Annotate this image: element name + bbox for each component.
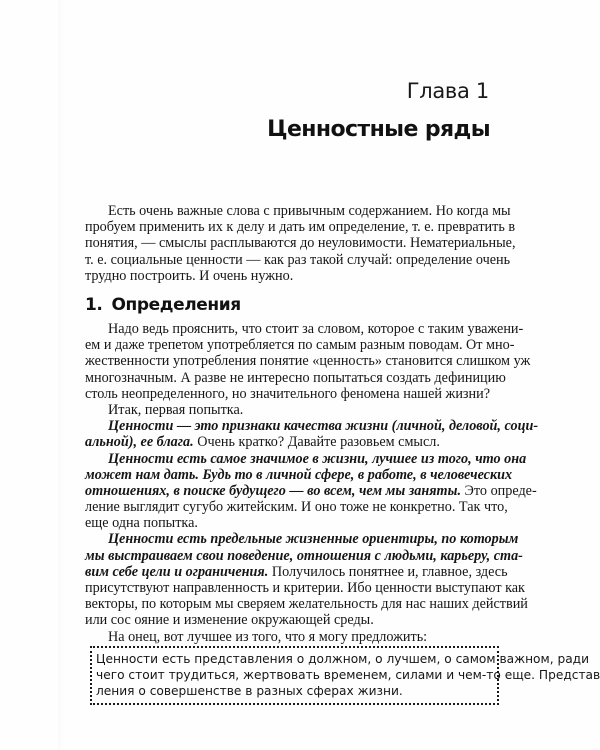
text-line: Надо ведь прояснить, что стоит за словом… (85, 321, 494, 337)
text-line: альной), ее блага. Очень кратко? Давайте… (85, 434, 494, 450)
emphasis-line: может нам дать. Будь то в личной сфере, … (85, 467, 494, 483)
text-line: ление выглядит сугубо житейским. И оно т… (85, 499, 494, 515)
paragraph-3: Ценности — это признаки качества жизни (… (85, 418, 494, 450)
emphasis-line: Ценности есть самое значимое в жизни, лу… (85, 451, 494, 467)
text-line: На онец, вот лучшее из того, что я могу … (85, 629, 494, 645)
emphasis-text: вим себе цели и ограничения. (85, 564, 268, 580)
section-heading: 1.Определения (85, 295, 241, 315)
text-line: жественности употребления понятие «ценно… (85, 353, 494, 369)
emphasis-text: альной), ее блага. (85, 434, 194, 450)
paragraph-1: Надо ведь прояснить, что стоит за словом… (85, 321, 494, 402)
text-line: Есть очень важные слова с привычным соде… (85, 203, 494, 219)
text-line: или сос ояние и изменение окружающей сре… (85, 612, 494, 628)
emphasis-text: отношениях, в поиске будущего — во всем,… (85, 483, 461, 499)
text-line: вим себе цели и ограничения. Получилось … (85, 564, 494, 580)
text-line: столь неопределенного, но значительного … (85, 386, 494, 402)
text-line: чего стоит трудиться, жертвовать времене… (96, 667, 493, 683)
paragraph-4: Ценности есть самое значимое в жизни, лу… (85, 451, 494, 532)
text-line: пробуем применить их к делу и дать им оп… (85, 219, 494, 235)
text-line: т. е. социальные ценности — как раз тако… (85, 252, 494, 268)
text-line: ления о совершенстве в разных сферах жиз… (96, 683, 493, 699)
section-number: 1. (85, 295, 103, 315)
text-line: присутствуют направленность и критерии. … (85, 580, 494, 596)
text-line: еще одна попытка. (85, 515, 494, 531)
section-body: Надо ведь прояснить, что стоит за словом… (85, 321, 494, 645)
section-title: Определения (112, 295, 241, 315)
text-line: Ценности есть представления о должном, о… (96, 651, 493, 667)
text-line: понятия, — смыслы расплываются до неулов… (85, 235, 494, 251)
text-line: векторы, по которым мы сверяем желательн… (85, 596, 494, 612)
paragraph-5: Ценности есть предельные жизненные ориен… (85, 531, 494, 628)
plain-text: Очень кратко? Давайте разовьем смысл. (194, 434, 440, 450)
chapter-title: Ценностные ряды (267, 117, 490, 142)
text-line: Итак, первая попытка. (85, 402, 494, 418)
emphasis-line: мы выстраиваем свои поведение, отношения… (85, 548, 494, 564)
chapter-label: Глава 1 (407, 79, 489, 103)
text-line: трудно построить. И очень нужно. (85, 268, 494, 284)
text-line: отношениях, в поиске будущего — во всем,… (85, 483, 494, 499)
paragraph-2: Итак, первая попытка. (85, 402, 494, 418)
emphasis-line: Ценности есть предельные жизненные ориен… (85, 531, 494, 547)
plain-text: Это опреде- (461, 483, 537, 499)
emphasis-line: Ценности — это признаки качества жизни (… (85, 418, 494, 434)
plain-text: Получилось понятнее и, главное, здесь (268, 564, 507, 580)
page-gutter-shadow (58, 0, 64, 750)
paragraph-6: На онец, вот лучшее из того, что я могу … (85, 629, 494, 645)
intro-paragraph: Есть очень важные слова с привычным соде… (85, 203, 494, 284)
definition-box: Ценности есть представления о должном, о… (90, 646, 499, 705)
text-line: многозначным. А разве не интересно попыт… (85, 370, 494, 386)
text-line: ем и даже трепетом употребляется по самы… (85, 337, 494, 353)
book-page: Глава 1 Ценностные ряды Есть очень важны… (0, 0, 600, 750)
